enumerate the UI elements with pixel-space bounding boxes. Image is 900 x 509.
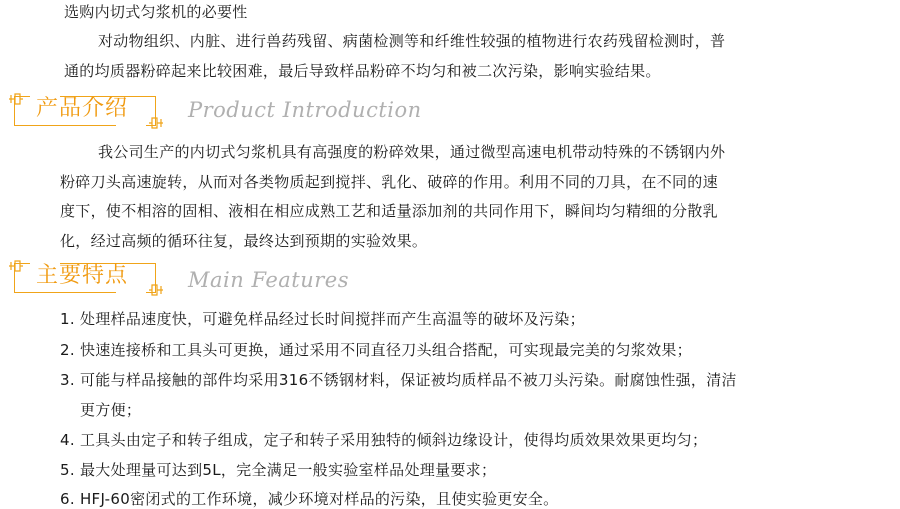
intro-paragraph-line-1: 对动物组织、内脏、进行兽药残留、病菌检测等和纤维性较强的植物进行农药残留检测时，… xyxy=(98,31,725,51)
product-intro-line-2: 粉碎刀头高速旋转，从而对各类物质起到搅拌、乳化、破碎的作用。利用不同的刀具，在不… xyxy=(60,172,718,192)
feature-item-4: 4. 工具头由定子和转子组成，定子和转子采用独特的倾斜边缘设计，使得均质效果效果… xyxy=(60,430,707,450)
chinese-knot-icon xyxy=(148,116,164,130)
heading-cn: 主要特点 xyxy=(36,261,128,291)
heading-cn: 产品介绍 xyxy=(36,94,128,124)
feature-item-2: 2. 快速连接桥和工具头可更换，通过采用不同直径刀头组合搭配，可实现最完美的匀浆… xyxy=(60,340,692,360)
section-heading-product-intro: 产品介绍 xyxy=(0,90,168,130)
feature-item-3-continued: 更方便； xyxy=(80,400,141,420)
heading-en-main-features: Main Features xyxy=(188,267,349,293)
feature-item-5: 5. 最大处理量可达到5L，完全满足一般实验室样品处理量要求； xyxy=(60,460,496,480)
feature-item-1: 1. 处理样品速度快，可避免样品经过长时间搅拌而产生高温等的破坏及污染； xyxy=(60,309,585,329)
chinese-knot-icon xyxy=(8,92,24,106)
section-heading-main-features: 主要特点 xyxy=(0,257,168,297)
product-intro-line-1: 我公司生产的内切式匀浆机具有高强度的粉碎效果，通过微型高速电机带动特殊的不锈钢内… xyxy=(98,142,725,162)
chinese-knot-icon xyxy=(8,259,24,273)
feature-item-3: 3. 可能与样品接触的部件均采用316不锈钢材料，保证被均质样品不被刀头污染。耐… xyxy=(60,370,737,390)
product-intro-line-4: 化，经过高频的循环往复，最终达到预期的实验效果。 xyxy=(60,231,427,251)
intro-title: 选购内切式匀浆机的必要性 xyxy=(64,2,248,22)
product-intro-line-3: 度下，使不相溶的固相、液相在相应成熟工艺和适量添加剂的共同作用下，瞬间均匀精细的… xyxy=(60,201,718,221)
feature-item-6: 6. HFJ-60密闭式的工作环境，减少环境对样品的污染，且使实验更安全。 xyxy=(60,489,558,509)
intro-paragraph-line-2: 通的均质器粉碎起来比较困难，最后导致样品粉碎不均匀和被二次污染，影响实验结果。 xyxy=(64,61,661,81)
heading-en-product-intro: Product Introduction xyxy=(188,97,422,123)
chinese-knot-icon xyxy=(148,283,164,297)
